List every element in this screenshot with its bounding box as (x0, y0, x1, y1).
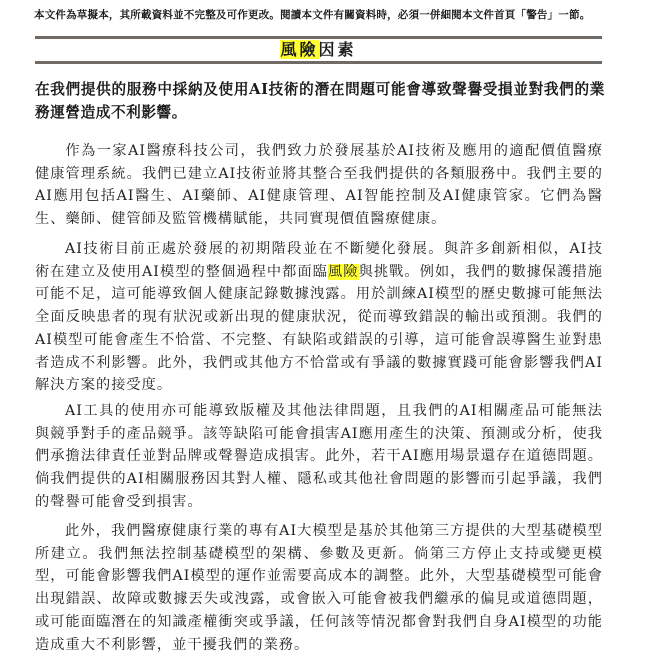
paragraph-2-highlight: 風險 (328, 264, 359, 280)
paragraph-4: 此外，我們醫療健康行業的專有AI大模型是基於其他第三方提供的大型基礎模型所建立。… (35, 520, 603, 654)
section-title-rest: 因素 (319, 40, 357, 59)
paragraph-2: AI技術目前正處於發展的初期階段並在不斷變化發展。與許多創新相似，AI技術在建立… (35, 238, 603, 397)
title-rule-bottom (35, 61, 602, 64)
title-rule-top (35, 36, 602, 39)
paragraph-3: AI工具的使用亦可能導致版權及其他法律問題，且我們的AI相關產品可能無法與競爭對… (35, 400, 603, 514)
risk-heading: 在我們提供的服務中採納及使用AI技術的潛在問題可能會導致聲譽受損並對我們的業務運… (35, 78, 605, 124)
section-title-highlighted: 風險 (280, 40, 318, 59)
paragraph-1: 作為一家AI醫療科技公司，我們致力於發展基於AI技術及應用的適配價值醫療健康管理… (35, 140, 603, 231)
section-title: 風險因素 (35, 40, 602, 60)
paragraph-3-text: AI工具的使用亦可能導致版權及其他法律問題，且我們的AI相關產品可能無法與競爭對… (35, 403, 603, 510)
paragraph-1-text: 作為一家AI醫療科技公司，我們致力於發展基於AI技術及應用的適配價值醫療健康管理… (35, 143, 603, 227)
paragraph-2-text-after: 與挑戰。例如，我們的數據保護措施可能不足，這可能導致個人健康記錄數據洩露。用於訓… (35, 264, 603, 394)
draft-notice: 本文件為草擬本，其所載資料並不完整及可作更改。閱讀本文件有關資料時，必須一併細閱… (34, 7, 634, 22)
paragraph-4-text: 此外，我們醫療健康行業的專有AI大模型是基於其他第三方提供的大型基礎模型所建立。… (35, 523, 603, 653)
